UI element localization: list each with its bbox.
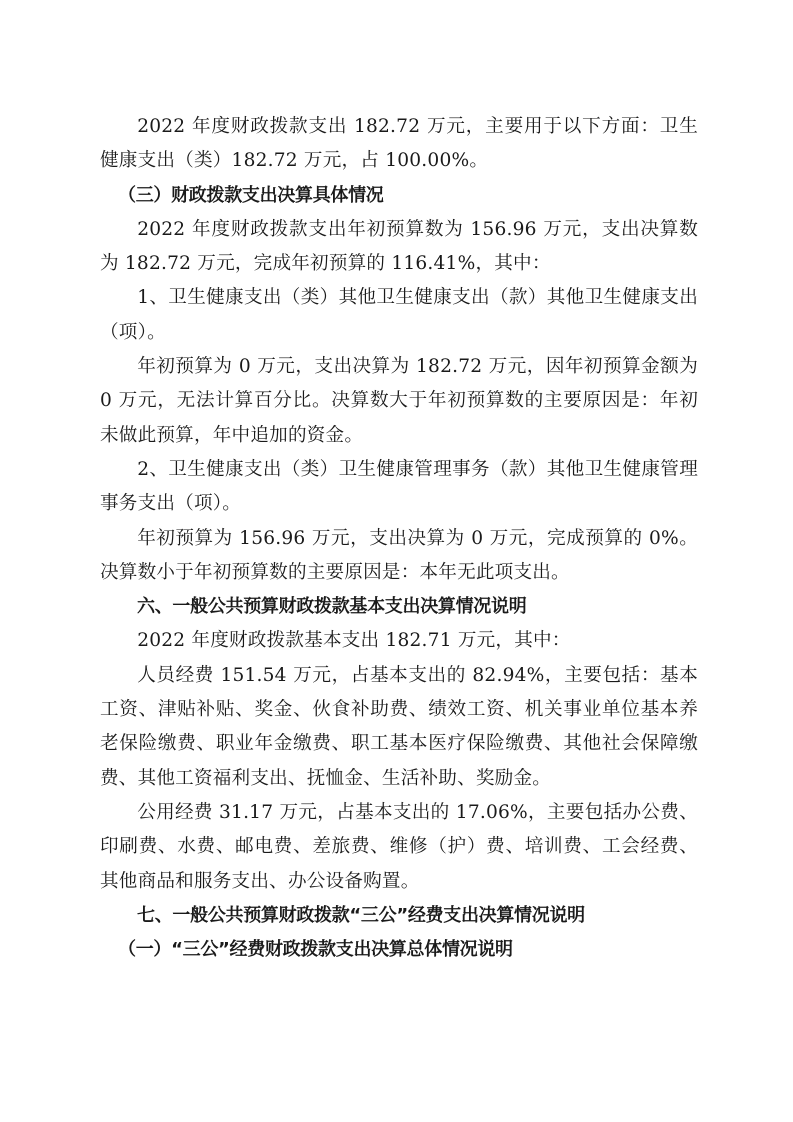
paragraph-item-2-explanation: 年初预算为 156.96 万元，支出决算为 0 万元，完成预算的 0%。决算数小… [100, 522, 698, 591]
heading-appropriation-details: （三）财政拨款支出决算具体情况 [100, 179, 698, 213]
paragraph-item-1-explanation: 年初预算为 0 万元，支出决算为 182.72 万元，因年初预算金额为 0 万元… [100, 350, 698, 453]
paragraph-appropriation-summary: 2022 年度财政拨款支出 182.72 万元，主要用于以下方面：卫生健康支出（… [100, 110, 698, 179]
paragraph-item-2-title: 2、卫生健康支出（类）卫生健康管理事务（款）其他卫生健康管理事务支出（项）。 [100, 453, 698, 522]
heading-section-7: 七、一般公共预算财政拨款“三公”经费支出决算情况说明 [100, 899, 698, 933]
heading-three-public-overview: （一）“三公”经费财政拨款支出决算总体情况说明 [100, 933, 698, 967]
paragraph-item-1-title: 1、卫生健康支出（类）其他卫生健康支出（款）其他卫生健康支出（项）。 [100, 281, 698, 350]
heading-section-6: 六、一般公共预算财政拨款基本支出决算情况说明 [100, 590, 698, 624]
paragraph-public-expenses: 公用经费 31.17 万元，占基本支出的 17.06%，主要包括办公费、印刷费、… [100, 796, 698, 899]
paragraph-basic-expenditure-total: 2022 年度财政拨款基本支出 182.71 万元，其中： [100, 624, 698, 658]
paragraph-budget-vs-actual: 2022 年度财政拨款支出年初预算数为 156.96 万元，支出决算数为 182… [100, 213, 698, 282]
document-page: 2022 年度财政拨款支出 182.72 万元，主要用于以下方面：卫生健康支出（… [100, 110, 698, 967]
paragraph-personnel-expenses: 人员经费 151.54 万元，占基本支出的 82.94%，主要包括：基本工资、津… [100, 659, 698, 796]
